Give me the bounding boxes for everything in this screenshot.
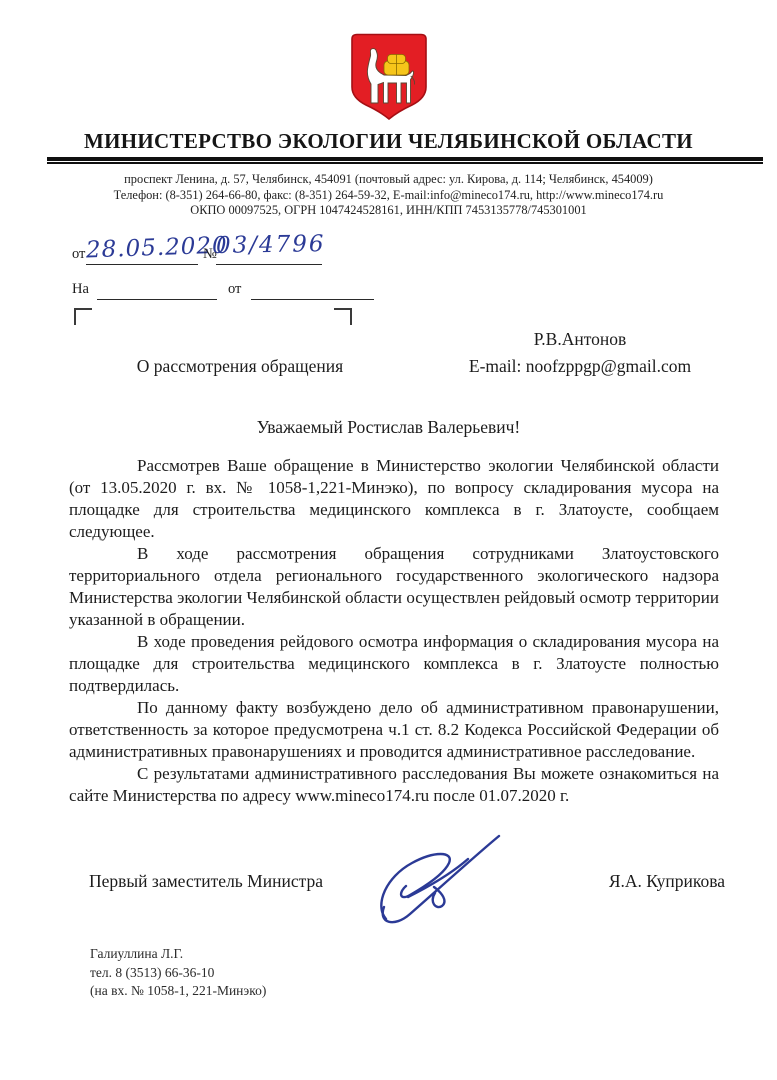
handwritten-signature-icon bbox=[372, 831, 512, 931]
incoming-reference: (на вх. № 1058-1, 221-Минэко) bbox=[90, 982, 410, 1001]
reply-from-label: от bbox=[228, 281, 241, 298]
subject-line: О рассмотрения обращения bbox=[110, 356, 370, 377]
address-line-3: ОКПО 00097525, ОГРН 1047424528161, ИНН/К… bbox=[0, 203, 777, 219]
executor-phone: тел. 8 (3513) 66-36-10 bbox=[90, 964, 410, 983]
executor-name: Галиуллина Л.Г. bbox=[90, 945, 410, 964]
reply-date-underline bbox=[251, 299, 374, 300]
address-corner-mark-right bbox=[334, 308, 352, 325]
date-label: от bbox=[72, 246, 85, 263]
date-underline bbox=[86, 264, 198, 265]
letterhead-address-block: проспект Ленина, д. 57, Челябинск, 45409… bbox=[0, 172, 777, 219]
body-paragraph: Рассмотрев Ваше обращение в Министерство… bbox=[69, 455, 719, 543]
body-paragraph: С результатами административного расслед… bbox=[69, 763, 719, 807]
recipient-name: Р.В.Антонов bbox=[430, 326, 730, 353]
scanned-letter-page: МИНИСТЕРСТВО ЭКОЛОГИИ ЧЕЛЯБИНСКОЙ ОБЛАСТ… bbox=[0, 0, 777, 1080]
ministry-name: МИНИСТЕРСТВО ЭКОЛОГИИ ЧЕЛЯБИНСКОЙ ОБЛАСТ… bbox=[0, 129, 777, 154]
number-underline bbox=[216, 264, 322, 265]
reply-to-label: На bbox=[72, 281, 89, 298]
address-corner-mark-left bbox=[74, 308, 92, 325]
recipient-email: E-mail: noofzppgp@gmail.com bbox=[430, 353, 730, 380]
handwritten-number: 03/4796 bbox=[216, 231, 326, 259]
signer-name: Я.А. Куприкова bbox=[560, 871, 725, 892]
letter-body: Рассмотрев Ваше обращение в Министерство… bbox=[69, 455, 719, 807]
recipient-block: Р.В.Антонов E-mail: noofzppgp@gmail.com bbox=[430, 326, 730, 380]
letterhead-divider bbox=[47, 157, 763, 164]
coat-of-arms-icon bbox=[344, 32, 434, 122]
body-paragraph: В ходе рассмотрения обращения сотрудника… bbox=[69, 543, 719, 631]
executor-block: Галиуллина Л.Г. тел. 8 (3513) 66-36-10 (… bbox=[90, 945, 410, 1001]
signer-position-title: Первый заместитель Министра bbox=[89, 871, 323, 892]
body-paragraph: По данному факту возбуждено дело об адми… bbox=[69, 697, 719, 763]
number-label: № bbox=[203, 246, 217, 263]
reply-number-underline bbox=[97, 299, 217, 300]
body-paragraph: В ходе проведения рейдового осмотра инфо… bbox=[69, 631, 719, 697]
address-line-2: Телефон: (8-351) 264-66-80, факс: (8-351… bbox=[0, 188, 777, 204]
address-line-1: проспект Ленина, д. 57, Челябинск, 45409… bbox=[0, 172, 777, 188]
salutation: Уважаемый Ростислав Валерьевич! bbox=[0, 417, 777, 438]
